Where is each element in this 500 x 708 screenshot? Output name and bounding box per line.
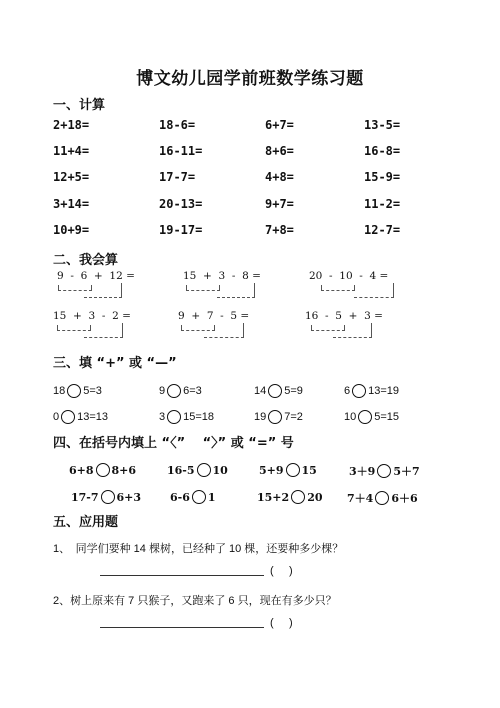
- answer-circle[interactable]: [291, 490, 305, 504]
- answer-circle[interactable]: [197, 463, 211, 477]
- step-bracket: [84, 293, 122, 298]
- calc-item: 16-8=: [364, 144, 400, 158]
- fill-right: 15=18: [183, 411, 214, 423]
- fill-left: 3: [159, 411, 165, 423]
- step-expression: 9 + 7 - 5 =: [178, 310, 249, 322]
- step-expression: 15 + 3 - 2 =: [53, 310, 131, 322]
- step-bracket: [58, 285, 92, 291]
- step-expression: 20 - 10 - 4 =: [309, 270, 388, 282]
- calc-item: 17-7=: [159, 170, 195, 184]
- step-bracket: [311, 325, 345, 331]
- calc-item: 6+7=: [265, 118, 294, 132]
- fill-left: 19: [254, 411, 266, 423]
- compare-left: 16-5: [167, 464, 195, 477]
- fill-left: 0: [53, 411, 59, 423]
- answer-circle[interactable]: [352, 384, 366, 398]
- step-expression: 16 - 5 + 3 =: [305, 310, 383, 322]
- section-4-heading: 四、在括号内填上 “〈” “〉” 或 “=” 号: [53, 432, 294, 451]
- section-2-heading: 二、我会算: [53, 249, 118, 268]
- compare-left: 5+9: [259, 464, 284, 477]
- answer-circle[interactable]: [377, 464, 391, 478]
- calc-item: 2+18=: [53, 118, 89, 132]
- fill-left: 10: [344, 411, 356, 423]
- answer-paren-1[interactable]: ( ): [270, 565, 293, 577]
- answer-circle[interactable]: [167, 410, 181, 424]
- compare-right: 15: [302, 464, 317, 477]
- calc-item: 11+4=: [53, 144, 89, 158]
- fill-left: 18: [53, 385, 65, 397]
- answer-line-1[interactable]: [100, 575, 264, 576]
- calc-item: 13-5=: [364, 118, 400, 132]
- compare-right: 10: [213, 464, 228, 477]
- compare-item: 7＋46＋6: [347, 490, 418, 506]
- calc-item: 7+8=: [265, 223, 294, 237]
- calc-item: 18-6=: [159, 118, 195, 132]
- fill-item: 185=3: [53, 384, 102, 398]
- step-marker: [122, 323, 123, 333]
- step-marker: [393, 283, 394, 293]
- calc-item: 11-2=: [364, 197, 400, 211]
- calc-item: 8+6=: [265, 144, 294, 158]
- compare-item: 5+915: [259, 463, 317, 477]
- fill-right: 7=2: [284, 411, 303, 423]
- calc-item: 16-11=: [159, 144, 202, 158]
- fill-item: 197=2: [254, 410, 303, 424]
- answer-circle[interactable]: [167, 384, 181, 398]
- calc-item: 20-13=: [159, 197, 202, 211]
- compare-right: 8+6: [112, 464, 137, 477]
- compare-item: 17-76+3: [71, 490, 141, 504]
- compare-item: 16-510: [167, 463, 228, 477]
- calc-item: 12-7=: [364, 223, 400, 237]
- calc-item: 10+9=: [53, 223, 89, 237]
- word-problem-2: 2、树上原来有 7 只猴子，又跑来了 6 只，现在有多少只？: [53, 592, 337, 608]
- fill-right: 5=15: [374, 411, 399, 423]
- step-marker: [121, 283, 122, 293]
- section-3-heading: 三、填 “+” 或 “—”: [53, 352, 177, 371]
- answer-circle[interactable]: [268, 410, 282, 424]
- fill-item: 105=15: [344, 410, 399, 424]
- step-bracket: [217, 293, 255, 298]
- fill-item: 145=9: [254, 384, 303, 398]
- answer-paren-2[interactable]: ( ): [270, 617, 293, 629]
- worksheet-title: 博文幼儿园学前班数学练习题: [0, 64, 500, 89]
- compare-item: 6+88+6: [69, 463, 136, 477]
- step-bracket: [84, 333, 123, 338]
- fill-item: 96=3: [159, 384, 202, 398]
- answer-circle[interactable]: [61, 410, 75, 424]
- answer-circle[interactable]: [192, 490, 206, 504]
- compare-item: 15+220: [257, 490, 323, 504]
- answer-circle[interactable]: [375, 491, 389, 505]
- answer-circle[interactable]: [67, 384, 81, 398]
- calc-item: 9+7=: [265, 197, 294, 211]
- answer-circle[interactable]: [96, 463, 110, 477]
- fill-right: 5=3: [83, 385, 102, 397]
- compare-left: 7＋4: [347, 490, 373, 506]
- answer-line-2[interactable]: [100, 627, 264, 628]
- calc-item: 15-9=: [364, 170, 400, 184]
- fill-left: 9: [159, 385, 165, 397]
- fill-right: 6=3: [183, 385, 202, 397]
- compare-left: 15+2: [257, 491, 289, 504]
- step-bracket: [181, 325, 215, 331]
- step-marker: [371, 323, 372, 333]
- compare-left: 17-7: [71, 491, 99, 504]
- compare-item: 6-61: [170, 490, 216, 504]
- compare-right: 1: [208, 491, 216, 504]
- answer-circle[interactable]: [268, 384, 282, 398]
- fill-right: 5=9: [284, 385, 303, 397]
- fill-item: 613=19: [344, 384, 399, 398]
- compare-right: 6+3: [117, 491, 142, 504]
- calc-item: 4+8=: [265, 170, 294, 184]
- section-5-heading: 五、应用题: [53, 511, 118, 530]
- answer-circle[interactable]: [286, 463, 300, 477]
- fill-right: 13=13: [77, 411, 108, 423]
- answer-circle[interactable]: [101, 490, 115, 504]
- fill-item: 013=13: [53, 410, 108, 424]
- step-expression: 15 + 3 - 8 =: [183, 270, 261, 282]
- step-bracket: [333, 333, 372, 338]
- compare-left: 3＋9: [349, 463, 375, 479]
- step-bracket: [321, 285, 355, 291]
- calc-item: 12+5=: [53, 170, 89, 184]
- compare-right: 6＋6: [391, 490, 417, 506]
- fill-item: 315=18: [159, 410, 214, 424]
- answer-circle[interactable]: [358, 410, 372, 424]
- fill-right: 13=19: [368, 385, 399, 397]
- calc-item: 19-17=: [159, 223, 202, 237]
- word-problem-1: 1、 同学们要种 14 棵树，已经种了 10 棵，还要种多少棵？: [53, 540, 343, 556]
- step-bracket: [204, 333, 244, 338]
- step-marker: [243, 323, 244, 333]
- compare-right: 5＋7: [393, 463, 419, 479]
- compare-left: 6-6: [170, 491, 190, 504]
- fill-left: 6: [344, 385, 350, 397]
- step-bracket: [354, 293, 394, 298]
- step-marker: [254, 283, 255, 293]
- compare-left: 6+8: [69, 464, 94, 477]
- step-bracket: [57, 325, 91, 331]
- step-bracket: [186, 285, 220, 291]
- compare-item: 3＋95＋7: [349, 463, 420, 479]
- section-1-heading: 一、计算: [53, 94, 105, 113]
- fill-left: 14: [254, 385, 266, 397]
- calc-item: 3+14=: [53, 197, 89, 211]
- compare-right: 20: [307, 491, 322, 504]
- step-expression: 9 - 6 + 12 =: [57, 270, 135, 282]
